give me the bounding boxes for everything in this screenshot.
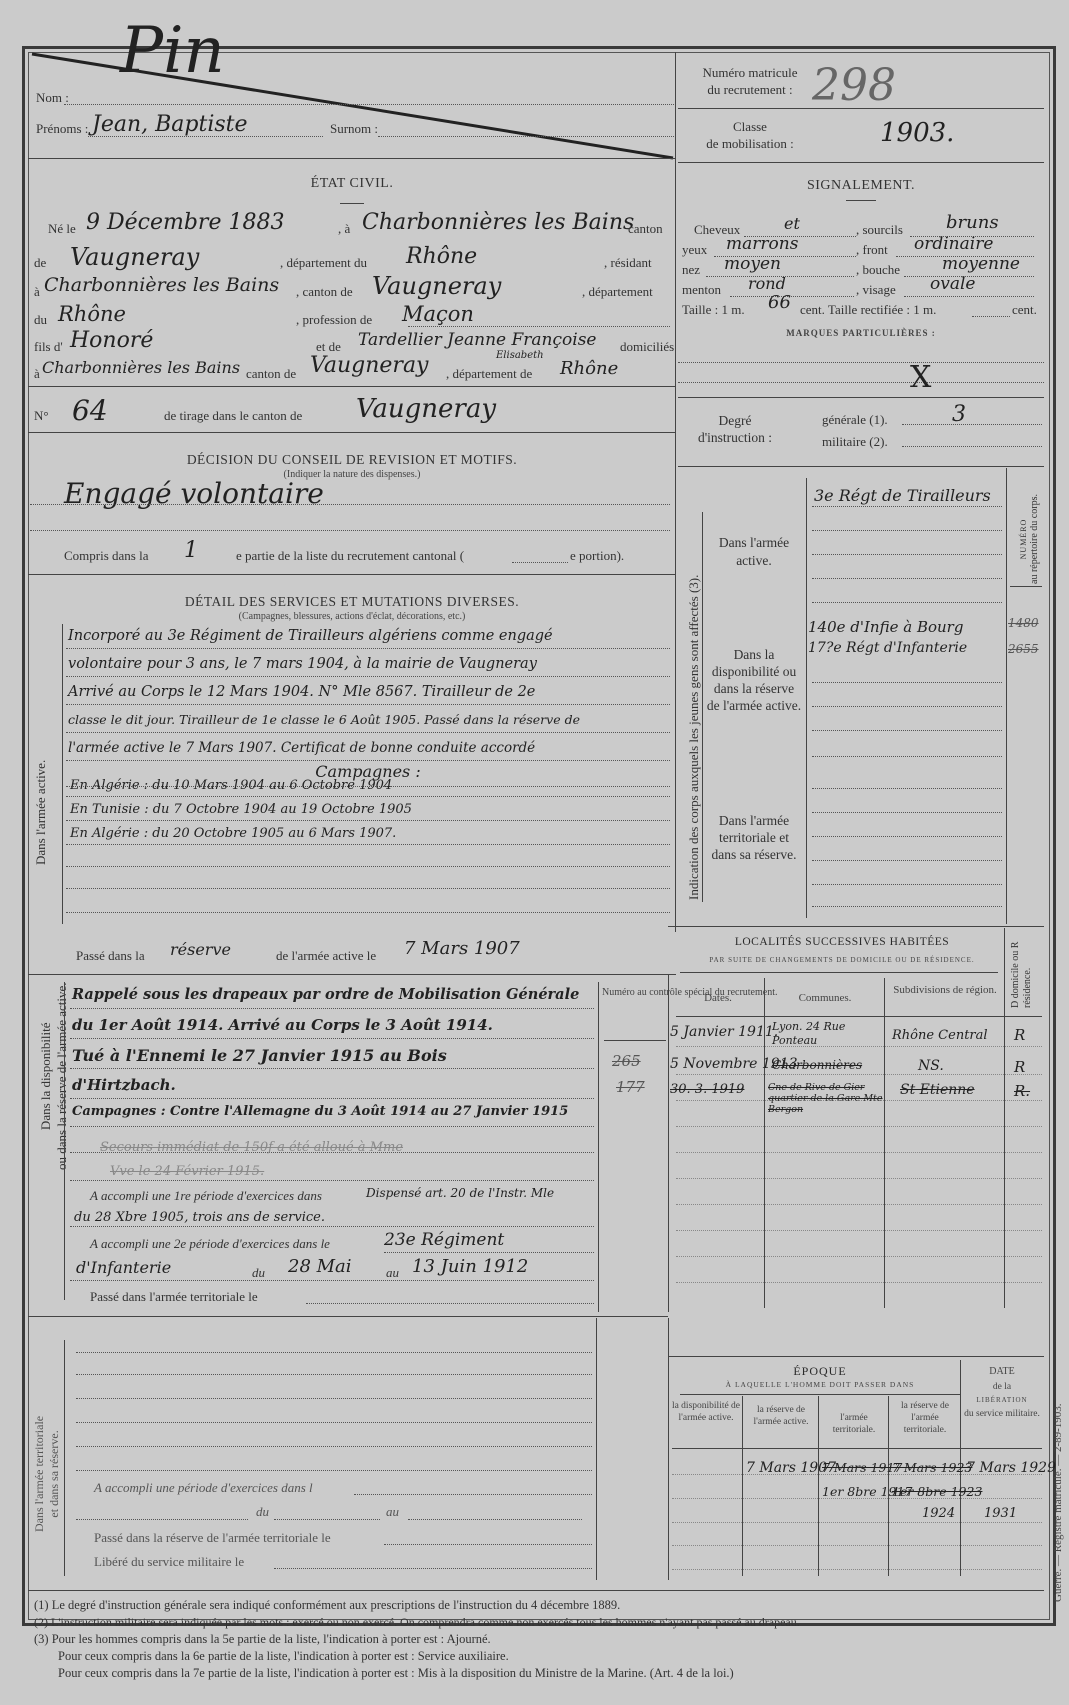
ruled-line [812,530,1002,531]
ruled-line [70,1180,594,1181]
ruled-line [384,1544,592,1545]
divider [678,108,1044,109]
reserve-side-label: Dans la disponibilité ou dans la réserve… [38,983,70,1171]
passe-label: Passé dans la [76,948,145,964]
birth-canton: Vaugneray [70,243,199,271]
ruled-line [904,296,1034,297]
territoriale-reserve-label: Passé dans la réserve de l'armée territo… [94,1530,331,1546]
localites-title: LOCALITÉS SUCCESSIVES HABITÉES [672,936,1012,948]
ruled-line [812,554,1002,555]
ruled-line [676,1230,1042,1231]
surnom-label: Surnom : [330,121,378,137]
corps-active-value: 3e Régt de Tirailleurs [814,486,991,505]
ruled-line [676,1100,1042,1101]
matricule-label-1: Numéro matricule [680,64,820,81]
localites-col-subdivisions: Subdivisions de région. [886,984,1004,997]
reserve-side-label-1: Dans la disponibilité [38,983,54,1171]
domicilies-label: domiciliés [620,339,674,355]
reserve-line: du 1er Août 1914. Arrivé au Corps le 3 A… [72,1016,493,1034]
tirage-canton: Vaugneray [356,394,496,424]
localite-subdivision: St Etienne [900,1082,975,1098]
passe-date: 7 Mars 1907 [404,938,520,959]
nom-line [64,104,674,105]
ruled-line [678,362,1044,363]
decision-line-2 [30,530,670,531]
ruled-line [676,1178,1042,1179]
classe-label: Classe de mobilisation : [680,118,820,152]
taille-value: 66 [768,292,791,313]
liberation-sub-1: de la [962,1382,1042,1392]
footnote: (3) Pour les hommes compris dans la 5e p… [34,1632,491,1647]
territoriale-periode-label: A accompli une période d'exercices dans … [94,1480,313,1496]
periode1-value: Dispensé art. 20 de l'Instr. Mle [366,1186,554,1200]
yeux-value: marrons [726,234,798,254]
ruled-line [676,1152,1042,1153]
services-title: DÉTAIL DES SERVICES ET MUTATIONS DIVERSE… [28,594,676,610]
corps-dispo-value: 17?e Régt d'Infanterie [808,640,967,656]
column-divider [598,982,599,1312]
corps-dispo-number: 2655 [1008,642,1039,656]
liberation-title: DATE [962,1366,1042,1377]
liberation-sub-2: LIBÉRATION [962,1396,1042,1404]
ruled-line [76,1519,248,1520]
epoque-territoriale-value: 7 Mars 1917 [822,1460,902,1475]
divider [672,1448,1042,1449]
divider [28,974,676,975]
bracket-line [806,478,807,918]
mother-name: Tardellier Jeanne Françoise [358,330,596,350]
epoque-col-disponibilite: la disponibilité de l'armée active. [670,1400,742,1424]
parents-canton: Vaugneray [310,353,429,378]
services-subtitle: (Campagnes, blessures, actions d'éclat, … [28,611,676,622]
ruled-line [274,1568,592,1569]
column-divider [596,1318,597,1580]
surnom-line [378,136,674,137]
territoriale-side-label-1: Dans l'armée territoriale [32,1416,47,1532]
du-label: du [252,1265,265,1281]
father-name: Honoré [70,328,153,353]
portion-line [512,562,568,563]
degre-label-1: Degré [680,412,790,429]
periode2-value: 23e Régiment [384,1230,504,1250]
divider [680,972,998,973]
ruled-line [70,1126,594,1127]
tirage-label: de tirage dans le canton de [164,408,302,424]
epoque-subtitle: À LAQUELLE L'HOMME DOIT PASSER DANS [670,1380,970,1389]
localites-col-communes: Communes. [766,992,884,1004]
ruled-line [76,1352,592,1353]
liberation-value: 1931 [984,1506,1017,1521]
imprint: Guerre. — Registre matricule. — 2-89-190… [1052,1403,1064,1602]
localite-subdivision: NS. [918,1058,944,1074]
classe-label-2: de mobilisation : [680,135,820,152]
repertoire-label-1: NUMÉRO [1018,494,1029,584]
divider [28,158,676,159]
column-divider [668,974,669,1312]
periode2-label: A accompli une 2e période d'exercices da… [90,1236,330,1252]
ruled-line [70,1226,594,1227]
partie-value: 1 [184,538,198,563]
epoque-reserve-territoriale-value: 7 Mars 1923 [892,1460,972,1475]
ruled-line [676,1282,1042,1283]
ruled-line [972,316,1010,317]
compris-label: Compris dans la [64,548,149,564]
periode2-au: 13 Juin 1912 [412,1256,528,1277]
ruled-line [812,860,1002,861]
campagne-line: En Algérie : du 20 Octobre 1905 au 6 Mar… [70,826,396,841]
matricule-value: 298 [812,60,896,111]
ruled-line [66,888,670,889]
territoriale-label: Passé dans l'armée territoriale le [90,1289,258,1305]
ruled-line [274,1519,380,1520]
divider [28,574,676,575]
ruled-line [66,820,670,821]
reserve-line: Tué à l'Ennemi le 27 Janvier 1915 au Boi… [72,1046,447,1065]
ruled-line [676,1256,1042,1257]
a3-label: à [34,366,40,382]
ruled-line [66,732,670,733]
localites-col-type: D domicile ou R résidence. [1010,938,1034,1008]
bracket-line [64,982,65,1300]
partie-label: e partie de la liste du recrutement cant… [236,548,464,564]
title-underline [846,200,876,201]
parents-commune: Charbonnières les Bains [42,358,240,377]
numero-controle-label: Numéro au contrôle spécial du recrutemen… [602,986,666,999]
birth-date: 9 Décembre 1883 [86,210,284,235]
localite-commune: Charbonnières [772,1058,862,1072]
ruled-line [66,760,670,761]
ruled-line [70,1068,594,1069]
ruled-line [66,648,670,649]
front-value: ordinaire [914,234,993,254]
faded-line: Vve le 24 Février 1915. [110,1164,264,1179]
corps-side-label: Indication des corps auxquels les jeunes… [686,575,702,900]
divider [668,1356,1044,1357]
ruled-line [76,1374,592,1375]
campagne-line: En Algérie : du 10 Mars 1904 au 6 Octobr… [70,778,392,793]
fils-label: fils d' [34,339,63,355]
services-side-label: Dans l'armée active. [33,760,49,865]
divider [28,1316,668,1317]
bracket-line [64,1340,65,1576]
ruled-line [70,1008,594,1009]
column-divider [818,1396,819,1576]
passe-value: réserve [170,940,231,959]
ruled-line [672,1545,1042,1546]
periode1-value-2: du 28 Xbre 1905, trois ans de service. [74,1210,325,1225]
profession-line [408,326,670,327]
a2-label: à [34,284,40,300]
ruled-line [70,1098,594,1099]
menton-label: menton [682,282,721,298]
du-label: du [34,312,47,328]
strike-through-line [28,52,678,162]
epoque-reserve-territoriale-value: 1er 8bre 1923 [892,1484,982,1499]
ruled-line [812,506,1002,507]
sourcils-label: , sourcils [856,222,903,238]
territoriale-side-label-2: et dans sa réserve. [47,1416,62,1532]
ruled-line [812,788,1002,789]
territoriale-au-label: au [386,1504,399,1520]
service-line: Arrivé au Corps le 12 Mars 1904. N° Mle … [68,684,535,700]
marques-value: X [910,360,931,395]
profession-label: , profession de [296,312,372,328]
decision-title: DÉCISION DU CONSEIL DE REVISION ET MOTIF… [28,452,676,468]
ruled-line [676,1204,1042,1205]
service-line: Incorporé au 3e Régiment de Tirailleurs … [68,628,553,644]
ruled-line [676,1074,1042,1075]
liberation-sub-3: du service militaire. [962,1408,1042,1420]
departement-du-label: , département du [280,255,367,271]
libere-label: Libéré du service militaire le [94,1554,244,1570]
periode1-label: A accompli une 1re période d'exercices d… [90,1188,322,1204]
localite-date: 30. 3. 1919 [670,1082,744,1097]
localite-commune: Cne de Rive de Gier quartier de la Gare … [768,1082,884,1115]
bracket-line [62,624,63,924]
front-label: , front [856,242,888,258]
epoque-reserve-territoriale-value: 1924 [922,1506,955,1521]
title-underline [340,203,364,204]
ruled-line [812,812,1002,813]
passe-label-2: de l'armée active le [276,948,376,964]
ruled-line [812,884,1002,885]
column-divider [884,978,885,1308]
generale-label: générale (1). [822,412,888,428]
column-divider [742,1396,743,1576]
matricule-label: Numéro matricule du recrutement : [680,64,820,98]
epoque-col-territoriale: l'armée territoriale. [820,1412,888,1436]
au-label: au [386,1265,399,1281]
register-page: Pin Nom : Prénoms : Jean, Baptiste Surno… [0,0,1069,1705]
signalement-title: SIGNALEMENT. [678,178,1044,194]
menton-value: rond [748,274,786,293]
column-divider [1006,468,1007,924]
ruled-line [354,1494,592,1495]
ruled-line [902,424,1042,425]
ne-le-label: Né le [48,221,76,237]
sourcils-value: bruns [946,212,999,233]
campagne-line: En Tunisie : du 7 Octobre 1904 au 19 Oct… [70,802,412,817]
corps-territoriale-label: Dans l'armée territoriale et dans sa rés… [706,812,802,863]
divider [676,1016,1042,1017]
departement-label: , département [582,284,653,300]
ruled-line [76,1398,592,1399]
epoque-col-reserve-active: la réserve de l'armée active. [744,1404,818,1428]
divider [668,926,1044,927]
territoriale-du-label: du [256,1504,269,1520]
ruled-line [408,1519,582,1520]
canton-de-label: , canton de [296,284,353,300]
localite-type: R [1014,1026,1025,1044]
ruled-line [672,1474,1042,1475]
no-label: N° [34,408,49,424]
classe-value: 1903. [880,118,954,148]
corps-dispo-label: Dans la disponibilité ou dans la réserve… [706,646,802,714]
divider [678,466,1044,467]
visage-value: ovale [930,274,975,294]
ruled-line [66,866,670,867]
ruled-line [812,706,1002,707]
prenoms-line [88,136,323,137]
ruled-line [76,1446,592,1447]
degre-label-2: d'instruction : [680,429,790,446]
ruled-line [306,1303,594,1304]
classe-label-1: Classe [680,118,820,135]
ruled-line [902,446,1042,447]
repertoire-label: NUMÉRO au répertoire du corps. [1018,494,1040,584]
ruled-line [66,704,670,705]
divider [28,432,676,433]
degre-label: Degré d'instruction : [680,412,790,446]
ruled-line [76,1422,592,1423]
parents-dept: Rhône [560,358,618,379]
taille-label: Taille : 1 m. [682,302,745,318]
ruled-line [678,382,1044,383]
corps-dispo-number: 1480 [1008,616,1039,630]
ruled-line [730,296,854,297]
cent-label: cent. [1012,302,1037,318]
divider [28,386,676,387]
birth-place: Charbonnières les Bains [362,210,634,235]
localite-commune: Lyon. 24 Rue Ponteau [772,1020,880,1048]
ruled-line [76,1470,592,1471]
matricule-label-2: du recrutement : [680,81,820,98]
localites-col-dates: Dates. [672,992,764,1004]
etat-civil-title: ÉTAT CIVIL. [28,176,676,192]
reserve-side-label-2: ou dans la réserve de l'armée active. [54,983,70,1171]
canton-label: canton [628,221,663,237]
ruled-line [812,836,1002,837]
repertoire-label-2: au répertoire du corps. [1029,494,1040,584]
footnote: (1) Le degré d'instruction générale sera… [34,1598,620,1613]
epoque-title: ÉPOQUE [670,1364,970,1379]
birth-dept: Rhône [406,244,477,269]
prenoms-value: Jean, Baptiste [92,112,248,137]
service-line: volontaire pour 3 ans, le 7 mars 1904, à… [68,656,537,672]
corps-active-label: Dans l'armée active. [706,534,802,570]
column-divider [1004,928,1005,1308]
nez-label: nez [682,262,700,278]
divider [604,1040,666,1041]
ruled-line [70,1038,594,1039]
residence-dept: Rhône [58,302,126,326]
ruled-line [812,602,1002,603]
a-label: , à [338,221,350,237]
residant-label: , résidant [604,255,652,271]
ruled-line [66,844,670,845]
divider [678,397,1044,398]
territoriale-side-label: Dans l'armée territoriale et dans sa rés… [32,1416,62,1532]
reserve-line: d'Hirtzbach. [72,1076,176,1094]
column-divider [668,1318,669,1580]
footnote: Pour ceux compris dans la 7e partie de l… [58,1666,734,1681]
service-line: l'armée active le 7 Mars 1907. Certifica… [68,740,535,756]
localite-subdivision: Rhône Central [892,1028,988,1043]
epoque-col-reserve-territoriale: la réserve de l'armée territoriale. [890,1400,960,1436]
ruled-line [676,1046,1042,1047]
reserve-line: Rappelé sous les drapeaux par ordre de M… [72,986,579,1003]
ruled-line [812,682,1002,683]
portion-label: e portion). [570,548,624,564]
nez-value: moyen [724,254,781,274]
de-label: de [34,255,46,271]
localites-subtitle: PAR SUITE DE CHANGEMENTS DE DOMICILE OU … [672,956,1012,964]
ruled-line [66,796,670,797]
ruled-line [66,676,670,677]
ruled-line [812,730,1002,731]
divider [28,1590,1044,1591]
departement-de-label: , département de [446,366,532,382]
periode2-du: 28 Mai [288,1256,352,1277]
ruled-line [812,578,1002,579]
decision-line-1 [30,504,670,505]
ruled-line [384,1252,594,1253]
divider [678,162,1044,163]
canton-de2-label: canton de [246,366,296,382]
ruled-line [70,1280,594,1281]
bouche-label: , bouche [856,262,900,278]
residence: Charbonnières les Bains [44,274,279,296]
decision-value: Engagé volontaire [64,477,324,510]
visage-label: , visage [856,282,896,298]
mother-extra-name: Elisabeth [496,350,544,361]
cheveux-value: et [784,214,800,233]
footnote: Pour ceux compris dans la 6e partie de l… [58,1649,509,1664]
numero-controle-value: 265 [612,1052,641,1070]
ruled-line [676,1126,1042,1127]
prenoms-label: Prénoms : [36,121,88,137]
localite-type: R. [1014,1082,1030,1100]
bouche-value: moyenne [942,254,1020,274]
profession: Maçon [402,302,474,326]
corps-dispo-value: 140e d'Infie à Bourg [808,618,963,636]
periode2-value-2: d'Infanterie [76,1258,171,1277]
residence-canton: Vaugneray [372,272,501,300]
ruled-line [812,756,1002,757]
localite-date: 5 Janvier 1911. [670,1024,778,1040]
ruled-line [672,1498,1042,1499]
divider [680,1394,960,1395]
numero-controle-value: 177 [616,1078,645,1096]
ruled-line [672,1569,1042,1570]
footnote: (2) L'instruction militaire sera indiqué… [34,1615,800,1630]
service-line: classe le dit jour. Tirailleur de 1e cla… [68,712,580,727]
yeux-label: yeux [682,242,707,258]
ruled-line [672,1522,1042,1523]
marques-label: MARQUES PARTICULIÈRES : [678,328,1044,338]
faded-line: Secours immédiat de 150f a été alloué à … [100,1140,403,1155]
divider [1010,586,1042,587]
bracket-line [702,512,703,902]
tirage-number: 64 [72,394,108,427]
ruled-line [812,906,1002,907]
taille-rect-label: cent. Taille rectifiée : 1 m. [800,302,936,318]
reserve-line: Campagnes : Contre l'Allemagne du 3 Août… [72,1104,568,1119]
ruled-line [66,912,670,913]
militaire-label: militaire (2). [822,434,888,450]
